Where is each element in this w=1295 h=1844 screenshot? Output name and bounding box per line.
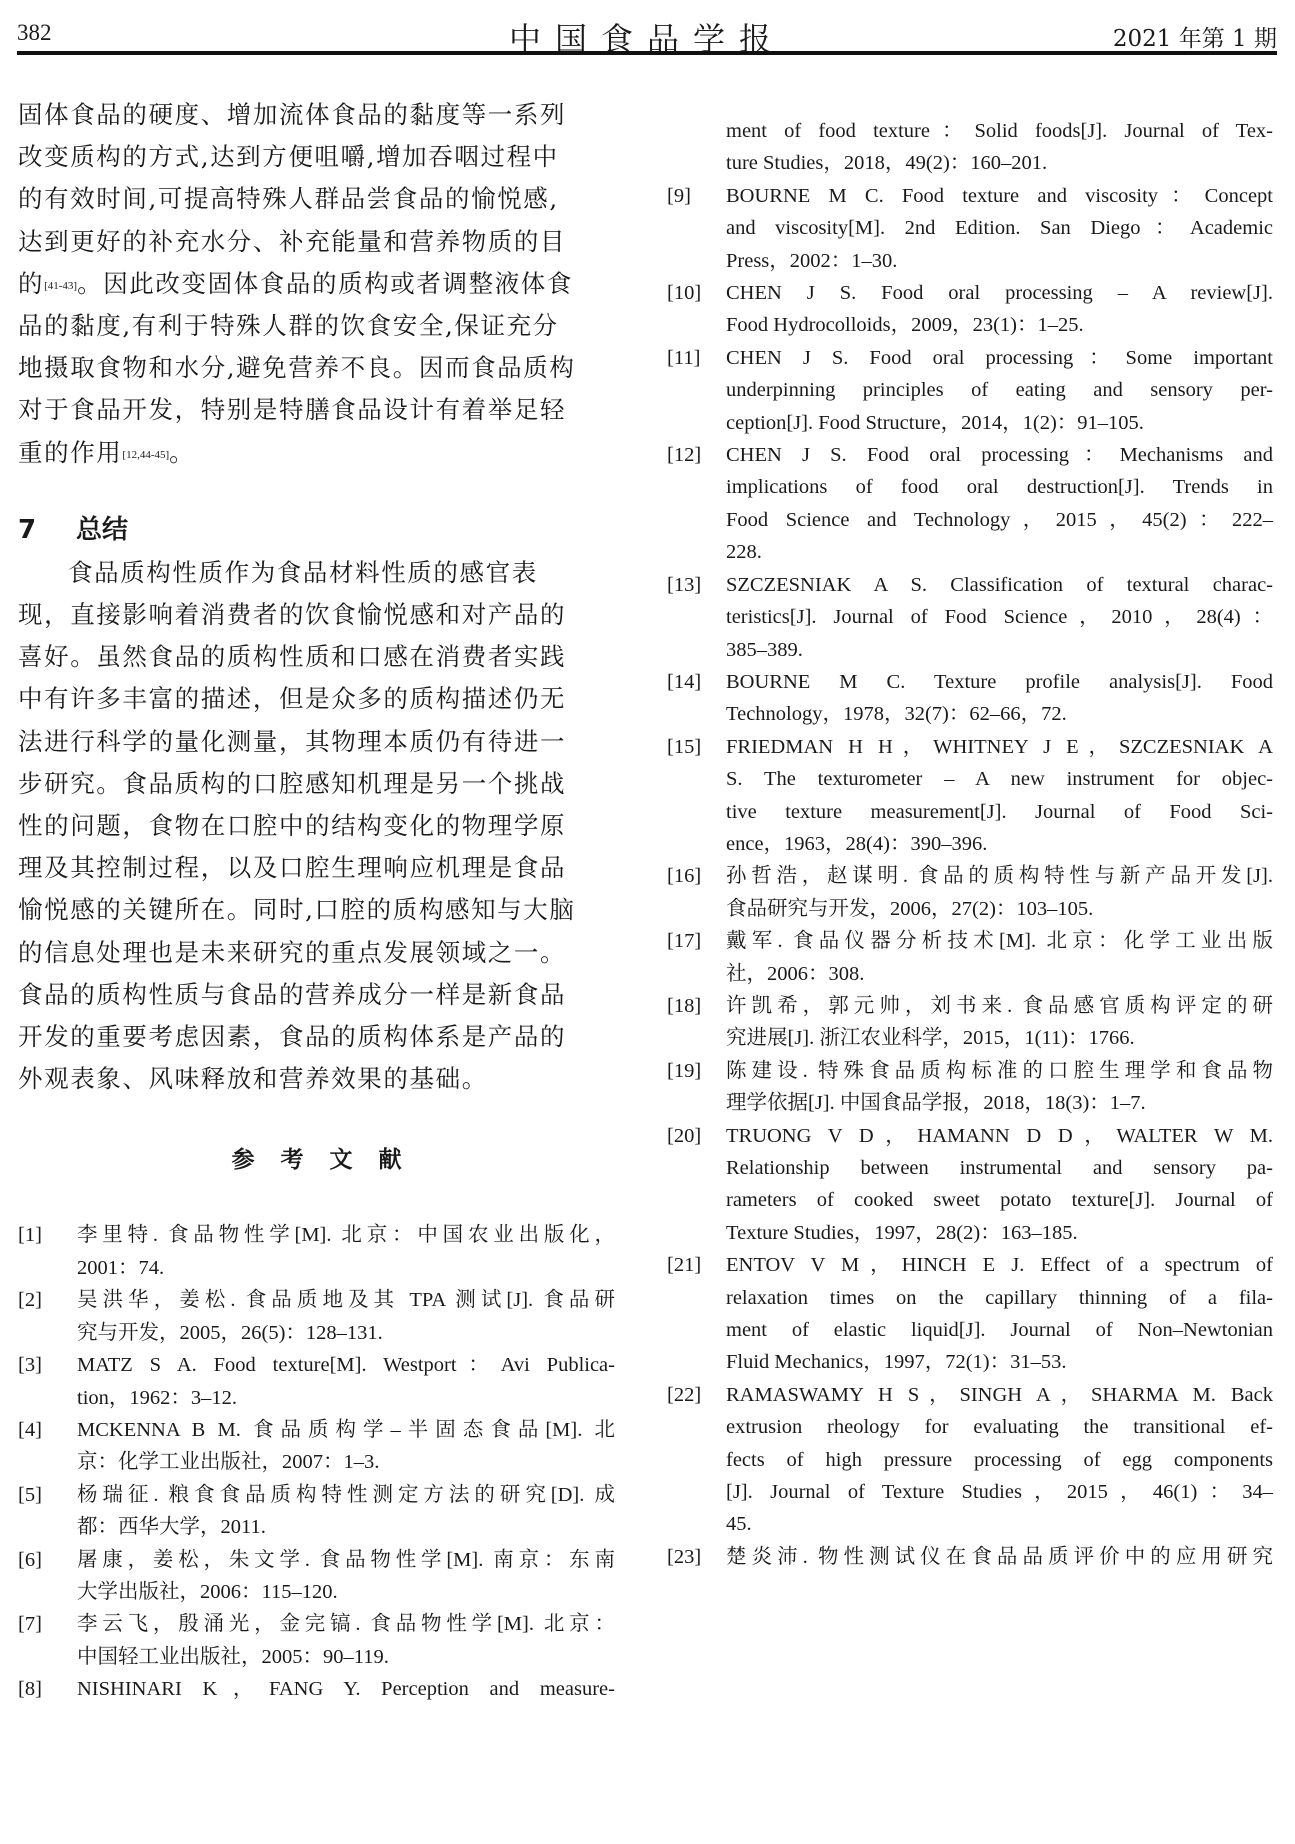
reference-item: [19]陈建设. 特殊食品质构标准的口腔生理学和食品物理学依据[J]. 中国食品… <box>667 1055 1273 1120</box>
reference-line: 究与开发，2005，26(5)：128–131. <box>77 1317 615 1349</box>
text-line: 喜好。虽然食品的质构性质和口感在消费者实践 <box>18 642 566 671</box>
reference-line: underpinning principles of eating and se… <box>726 374 1273 406</box>
reference-line: ence，1963，28(4)：390–396. <box>726 828 1273 860</box>
summary-paragraph: 食品质构性质作为食品材料性质的感官表 现，直接影响着消费者的饮食愉悦感和对产品的… <box>18 552 615 1101</box>
text-line: 达到更好的补充水分、补充能量和营养物质的目 <box>18 227 566 256</box>
reference-list-right: [9]BOURNE M C. Food texture and viscosit… <box>667 180 1273 1573</box>
reference-line: Technology，1978，32(7)：62–66，72. <box>726 698 1273 730</box>
text-line: 步研究。食品质构的口腔感知机理是另一个挑战 <box>18 769 566 798</box>
reference-item: [2]吴洪华，姜松. 食品质地及其 TPA 测试[J]. 食品研究与开发，200… <box>18 1284 615 1349</box>
reference-line: and viscosity[M]. 2nd Edition. San Diego… <box>726 212 1273 244</box>
reference-line: Relationship between instrumental and se… <box>726 1152 1273 1184</box>
reference-line: 社，2006：308. <box>726 958 1273 990</box>
reference-number: [1] <box>18 1219 42 1251</box>
reference-number: [6] <box>18 1544 42 1576</box>
reference-number: [17] <box>667 925 701 957</box>
reference-item: [18]许凯希，郭元帅，刘书来. 食品感官质构评定的研究进展[J]. 浙江农业科… <box>667 990 1273 1055</box>
reference-line: ture Studies，2018，49(2)：160–201. <box>726 147 1273 179</box>
reference-number: [3] <box>18 1349 42 1381</box>
reference-line: ment of food texture：Solid foods[J]. Jou… <box>726 115 1273 147</box>
text-line: 固体食品的硬度、增加流体食品的黏度等一系列 <box>18 100 566 129</box>
reference-line: 孙哲浩，赵谋明. 食品的质构特性与新产品开发[J]. <box>726 860 1273 892</box>
reference-line: relaxation times on the capillary thinni… <box>726 1282 1273 1314</box>
page-header: 382 中国食品学报 2021 年第 1 期 <box>17 14 1277 52</box>
reference-line: 屠康，姜松，朱文学. 食品物性学[M]. 南京：东南 <box>77 1544 615 1576</box>
reference-line: 究进展[J]. 浙江农业科学，2015，1(11)：1766. <box>726 1022 1273 1054</box>
reference-line: CHEN J S. Food oral processing – A revie… <box>726 277 1273 309</box>
text-line: 食品的质构性质与食品的营养成分一样是新食品 <box>18 980 566 1009</box>
reference-item: [10]CHEN J S. Food oral processing – A r… <box>667 277 1273 342</box>
reference-line: 食品研究与开发，2006，27(2)：103–105. <box>726 893 1273 925</box>
header-rule <box>17 51 1277 55</box>
reference-line: 385–389. <box>726 634 1273 666</box>
text-line: 对于食品开发，特别是特膳食品设计有着举足轻 <box>18 395 566 424</box>
reference-line: BOURNE M C. Texture profile analysis[J].… <box>726 666 1273 698</box>
reference-item: [16]孙哲浩，赵谋明. 食品的质构特性与新产品开发[J].食品研究与开发，20… <box>667 860 1273 925</box>
reference-line: S. The texturometer – A new instrument f… <box>726 763 1273 795</box>
reference-line: Food Science and Technology，2015，45(2)：2… <box>726 504 1273 536</box>
reference-item: [6]屠康，姜松，朱文学. 食品物性学[M]. 南京：东南大学出版社，2006：… <box>18 1544 615 1609</box>
reference-line: 陈建设. 特殊食品质构标准的口腔生理学和食品物 <box>726 1055 1273 1087</box>
reference-number: [8] <box>18 1673 42 1705</box>
text-line: 的有效时间,可提高特殊人群品尝食品的愉悦感, <box>18 184 559 213</box>
reference-line: Food Hydrocolloids，2009，23(1)：1–25. <box>726 309 1273 341</box>
reference-list-left: [1]李里特. 食品物性学[M]. 北京：中国农业出版化，2001：74. [2… <box>18 1219 615 1705</box>
reference-item: [12]CHEN J S. Food oral processing：Mecha… <box>667 439 1273 569</box>
reference-line: 李里特. 食品物性学[M]. 北京：中国农业出版化， <box>77 1219 615 1251</box>
reference-line: 2001：74. <box>77 1252 615 1284</box>
reference-line: tion，1962：3–12. <box>77 1382 615 1414</box>
section-heading: 7总结 <box>18 508 615 552</box>
reference-number: [7] <box>18 1608 42 1640</box>
reference-item: [20]TRUONG V D，HAMANN D D，WALTER W M.Rel… <box>667 1120 1273 1250</box>
reference-number: [18] <box>667 990 701 1022</box>
reference-item: [1]李里特. 食品物性学[M]. 北京：中国农业出版化，2001：74. <box>18 1219 615 1284</box>
text-line: 中有许多丰富的描述，但是众多的质构描述仍无 <box>18 684 566 713</box>
reference-number: [10] <box>667 277 701 309</box>
reference-line: ment of elastic liquid[J]. Journal of No… <box>726 1314 1273 1346</box>
text-line: 地摄取食物和水分,避免营养不良。因而食品质构 <box>18 353 576 382</box>
reference-item: [8]NISHINARI K，FANG Y. Perception and me… <box>18 1673 615 1705</box>
reference-item: [13]SZCZESNIAK A S. Classification of te… <box>667 569 1273 666</box>
left-column: 固体食品的硬度、增加流体食品的黏度等一系列 改变质构的方式,达到方便咀嚼,增加吞… <box>18 94 615 1706</box>
reference-line: RAMASWAMY H S，SINGH A，SHARMA M. Back <box>726 1379 1273 1411</box>
reference-number: [22] <box>667 1379 701 1411</box>
reference-item: [22]RAMASWAMY H S，SINGH A，SHARMA M. Back… <box>667 1379 1273 1541</box>
reference-line: Fluid Mechanics，1997，72(1)：31–53. <box>726 1346 1273 1378</box>
reference-line: 戴军. 食品仪器分析技术[M]. 北京：化学工业出版 <box>726 925 1273 957</box>
reference-item: [4]MCKENNA B M. 食品质构学–半固态食品[M]. 北京：化学工业出… <box>18 1414 615 1479</box>
reference-line: rameters of cooked sweet potato texture[… <box>726 1184 1273 1216</box>
text-line: 开发的重要考虑因素，食品的质构体系是产品的 <box>18 1022 566 1051</box>
text-line: 品的黏度,有利于特殊人群的饮食安全,保证充分 <box>18 311 559 340</box>
reference-item: [5]杨瑞征. 粮食食品质构特性测定方法的研究[D]. 成都：西华大学，2011… <box>18 1479 615 1544</box>
intro-paragraph: 固体食品的硬度、增加流体食品的黏度等一系列 改变质构的方式,达到方便咀嚼,增加吞… <box>18 94 615 474</box>
reference-line: ENTOV V M，HINCH E J. Effect of a spectru… <box>726 1249 1273 1281</box>
reference-number: [2] <box>18 1284 42 1316</box>
reference-number: [5] <box>18 1479 42 1511</box>
reference-line: 中国轻工业出版社，2005：90–119. <box>77 1641 615 1673</box>
reference-number: [16] <box>667 860 701 892</box>
right-column: ment of food texture：Solid foods[J]. Jou… <box>667 115 1273 1573</box>
citation: [41-43] <box>44 280 77 292</box>
reference-item: [21]ENTOV V M，HINCH E J. Effect of a spe… <box>667 1249 1273 1379</box>
reference-item: [17]戴军. 食品仪器分析技术[M]. 北京：化学工业出版社，2006：308… <box>667 925 1273 990</box>
reference-item: [15]FRIEDMAN H H，WHITNEY J E，SZCZESNIAK … <box>667 731 1273 861</box>
reference-line: Texture Studies，1997，28(2)：163–185. <box>726 1217 1273 1249</box>
references-title: 参考文献 <box>18 1140 615 1180</box>
reference-line: Press，2002：1–30. <box>726 245 1273 277</box>
reference-item: [11]CHEN J S. Food oral processing：Some … <box>667 342 1273 439</box>
section-number: 7 <box>18 508 76 552</box>
reference-line: 京：化学工业出版社，2007：1–3. <box>77 1446 615 1478</box>
reference-number: [23] <box>667 1541 701 1573</box>
text-line: 改变质构的方式,达到方便咀嚼,增加吞咽过程中 <box>18 142 559 171</box>
reference-line: MCKENNA B M. 食品质构学–半固态食品[M]. 北 <box>77 1414 615 1446</box>
reference-line: CHEN J S. Food oral processing：Some impo… <box>726 342 1273 374</box>
text-line: 法进行科学的量化测量，其物理本质仍有待进一 <box>18 727 566 756</box>
reference-line: 45. <box>726 1508 1273 1540</box>
reference-line: BOURNE M C. Food texture and viscosity：C… <box>726 180 1273 212</box>
reference-line: 许凯希，郭元帅，刘书来. 食品感官质构评定的研 <box>726 990 1273 1022</box>
reference-line: SZCZESNIAK A S. Classification of textur… <box>726 569 1273 601</box>
text-line: 的 <box>18 269 44 298</box>
reference-number: [20] <box>667 1120 701 1152</box>
reference-continuation: ment of food texture：Solid foods[J]. Jou… <box>667 115 1273 180</box>
reference-line: 228. <box>726 536 1273 568</box>
reference-line: fects of high pressure processing of egg… <box>726 1444 1273 1476</box>
reference-line: 大学出版社，2006：115–120. <box>77 1576 615 1608</box>
issue-label: 2021 年第 1 期 <box>1113 20 1277 53</box>
reference-line: [J]. Journal of Texture Studies，2015，46(… <box>726 1476 1273 1508</box>
reference-line: FRIEDMAN H H，WHITNEY J E，SZCZESNIAK A <box>726 731 1273 763</box>
reference-line: 杨瑞征. 粮食食品质构特性测定方法的研究[D]. 成 <box>77 1479 615 1511</box>
section-title: 总结 <box>76 515 128 545</box>
reference-item: [14]BOURNE M C. Texture profile analysis… <box>667 666 1273 731</box>
reference-item: [3]MATZ S A. Food texture[M]. Westport：A… <box>18 1349 615 1414</box>
text-line: 外观表象、风味释放和营养效果的基础。 <box>18 1064 488 1093</box>
text-line: 。因此改变固体食品的质构或者调整液体食 <box>77 269 573 298</box>
reference-number: [11] <box>667 342 700 374</box>
text-line: 重的作用 <box>18 438 122 467</box>
reference-number: [9] <box>667 180 691 212</box>
reference-item: [7]李云飞，殷涌光，金完镐. 食品物性学[M]. 北京：中国轻工业出版社，20… <box>18 1608 615 1673</box>
reference-line: 都：西华大学，2011. <box>77 1511 615 1543</box>
reference-line: tive texture measurement[J]. Journal of … <box>726 796 1273 828</box>
text-line: 愉悦感的关键所在。同时,口腔的质构感知与大脑 <box>18 895 576 924</box>
text-line: 的信息处理也是未来研究的重点发展领域之一。 <box>18 938 566 967</box>
reference-number: [4] <box>18 1414 42 1446</box>
reference-item: [23]楚炎沛. 物性测试仪在食品品质评价中的应用研究 <box>667 1541 1273 1573</box>
reference-line: 楚炎沛. 物性测试仪在食品品质评价中的应用研究 <box>726 1541 1273 1573</box>
text-line: 理及其控制过程，以及口腔生理响应机理是食品 <box>18 853 566 882</box>
reference-number: [19] <box>667 1055 701 1087</box>
reference-line: extrusion rheology for evaluating the tr… <box>726 1411 1273 1443</box>
reference-line: NISHINARI K，FANG Y. Perception and measu… <box>77 1673 615 1705</box>
reference-number: [13] <box>667 569 701 601</box>
reference-line: 吴洪华，姜松. 食品质地及其 TPA 测试[J]. 食品研 <box>77 1284 615 1316</box>
text-line: 性的问题，食物在口腔中的结构变化的物理学原 <box>18 811 566 840</box>
reference-number: [12] <box>667 439 701 471</box>
reference-line: TRUONG V D，HAMANN D D，WALTER W M. <box>726 1120 1273 1152</box>
text-line: 现，直接影响着消费者的饮食愉悦感和对产品的 <box>18 600 566 629</box>
reference-number: [15] <box>667 731 701 763</box>
reference-line: CHEN J S. Food oral processing：Mechanism… <box>726 439 1273 471</box>
reference-line: MATZ S A. Food texture[M]. Westport：Avi … <box>77 1349 615 1381</box>
reference-line: ception[J]. Food Structure，2014，1(2)：91–… <box>726 407 1273 439</box>
text-line: 。 <box>169 438 195 467</box>
text-line: 食品质构性质作为食品材料性质的感官表 <box>68 558 538 587</box>
reference-line: teristics[J]. Journal of Food Science，20… <box>726 601 1273 633</box>
reference-number: [21] <box>667 1249 701 1281</box>
reference-line: implications of food oral destruction[J]… <box>726 471 1273 503</box>
reference-item: [9]BOURNE M C. Food texture and viscosit… <box>667 180 1273 277</box>
reference-line: 李云飞，殷涌光，金完镐. 食品物性学[M]. 北京： <box>77 1608 615 1640</box>
reference-line: 理学依据[J]. 中国食品学报，2018，18(3)：1–7. <box>726 1087 1273 1119</box>
citation: [12,44-45] <box>122 449 169 461</box>
reference-number: [14] <box>667 666 701 698</box>
